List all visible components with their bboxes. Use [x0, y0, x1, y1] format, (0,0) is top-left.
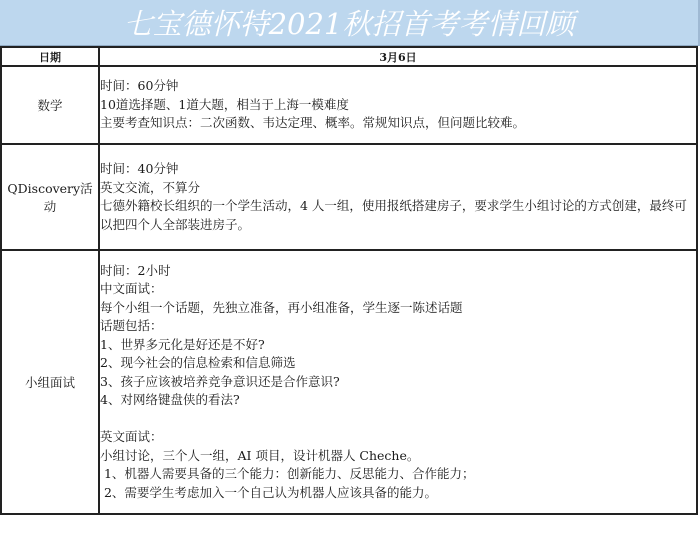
topic-item: 2、现今社会的信息检索和信息筛选	[100, 354, 696, 373]
content-line: 英文交流，不算分	[100, 179, 696, 198]
topic-item: 4、对网络键盘侠的看法?	[100, 391, 696, 410]
spacer	[100, 410, 696, 429]
table-row-math: 数学 时间：60分钟 10道选择题、1道大题，相当于上海一模难度 主要考查知识点…	[1, 66, 697, 144]
requirement-item: 2、需要学生考虑加入一个自己认为机器人应该具备的能力。	[100, 484, 696, 503]
date-value: 3月6日	[99, 47, 697, 66]
date-label: 日期	[1, 47, 99, 66]
row-label-math: 数学	[1, 66, 99, 144]
content-line: 主要考查知识点：二次函数、韦达定理、概率。常规知识点，但问题比较难。	[100, 114, 696, 133]
topic-item: 3、孩子应该被培养竞争意识还是合作意识?	[100, 373, 696, 392]
content-line: 中文面试：	[100, 280, 696, 299]
table-row-group-interview: 小组面试 时间：2小时 中文面试： 每个小组一个话题，先独立准备，再小组准备，学…	[1, 250, 697, 514]
title-banner: 七宝德怀特2021秋招首考考情回顾	[0, 0, 700, 46]
exam-review-table: 日期 3月6日 数学 时间：60分钟 10道选择题、1道大题，相当于上海一模难度…	[0, 46, 698, 515]
row-content-group-interview: 时间：2小时 中文面试： 每个小组一个话题，先独立准备，再小组准备，学生逐一陈述…	[99, 250, 697, 514]
page-title: 七宝德怀特2021秋招首考考情回顾	[124, 2, 575, 43]
content-line: 10道选择题、1道大题，相当于上海一模难度	[100, 96, 696, 115]
topic-item: 1、世界多元化是好还是不好?	[100, 336, 696, 355]
row-label-group-interview: 小组面试	[1, 250, 99, 514]
content-line: 七德外籍校长组织的一个学生活动，4 人一组，使用报纸搭建房子，要求学生小组讨论的…	[100, 197, 696, 234]
header-row: 日期 3月6日	[1, 47, 697, 66]
content-line: 小组讨论，三个人一组，AI 项目，设计机器人 Cheche。	[100, 447, 696, 466]
row-content-qdiscovery: 时间：40分钟 英文交流，不算分 七德外籍校长组织的一个学生活动，4 人一组，使…	[99, 144, 697, 250]
content-line: 每个小组一个话题，先独立准备，再小组准备，学生逐一陈述话题	[100, 299, 696, 318]
content-line: 时间：40分钟	[100, 160, 696, 179]
content-line: 时间：2小时	[100, 262, 696, 281]
table-row-qdiscovery: QDiscovery活动 时间：40分钟 英文交流，不算分 七德外籍校长组织的一…	[1, 144, 697, 250]
row-content-math: 时间：60分钟 10道选择题、1道大题，相当于上海一模难度 主要考查知识点：二次…	[99, 66, 697, 144]
content-line: 话题包括：	[100, 317, 696, 336]
row-label-qdiscovery: QDiscovery活动	[1, 144, 99, 250]
content-line: 英文面试：	[100, 428, 696, 447]
content-line: 时间：60分钟	[100, 77, 696, 96]
requirement-item: 1、机器人需要具备的三个能力：创新能力、反思能力、合作能力；	[100, 465, 696, 484]
